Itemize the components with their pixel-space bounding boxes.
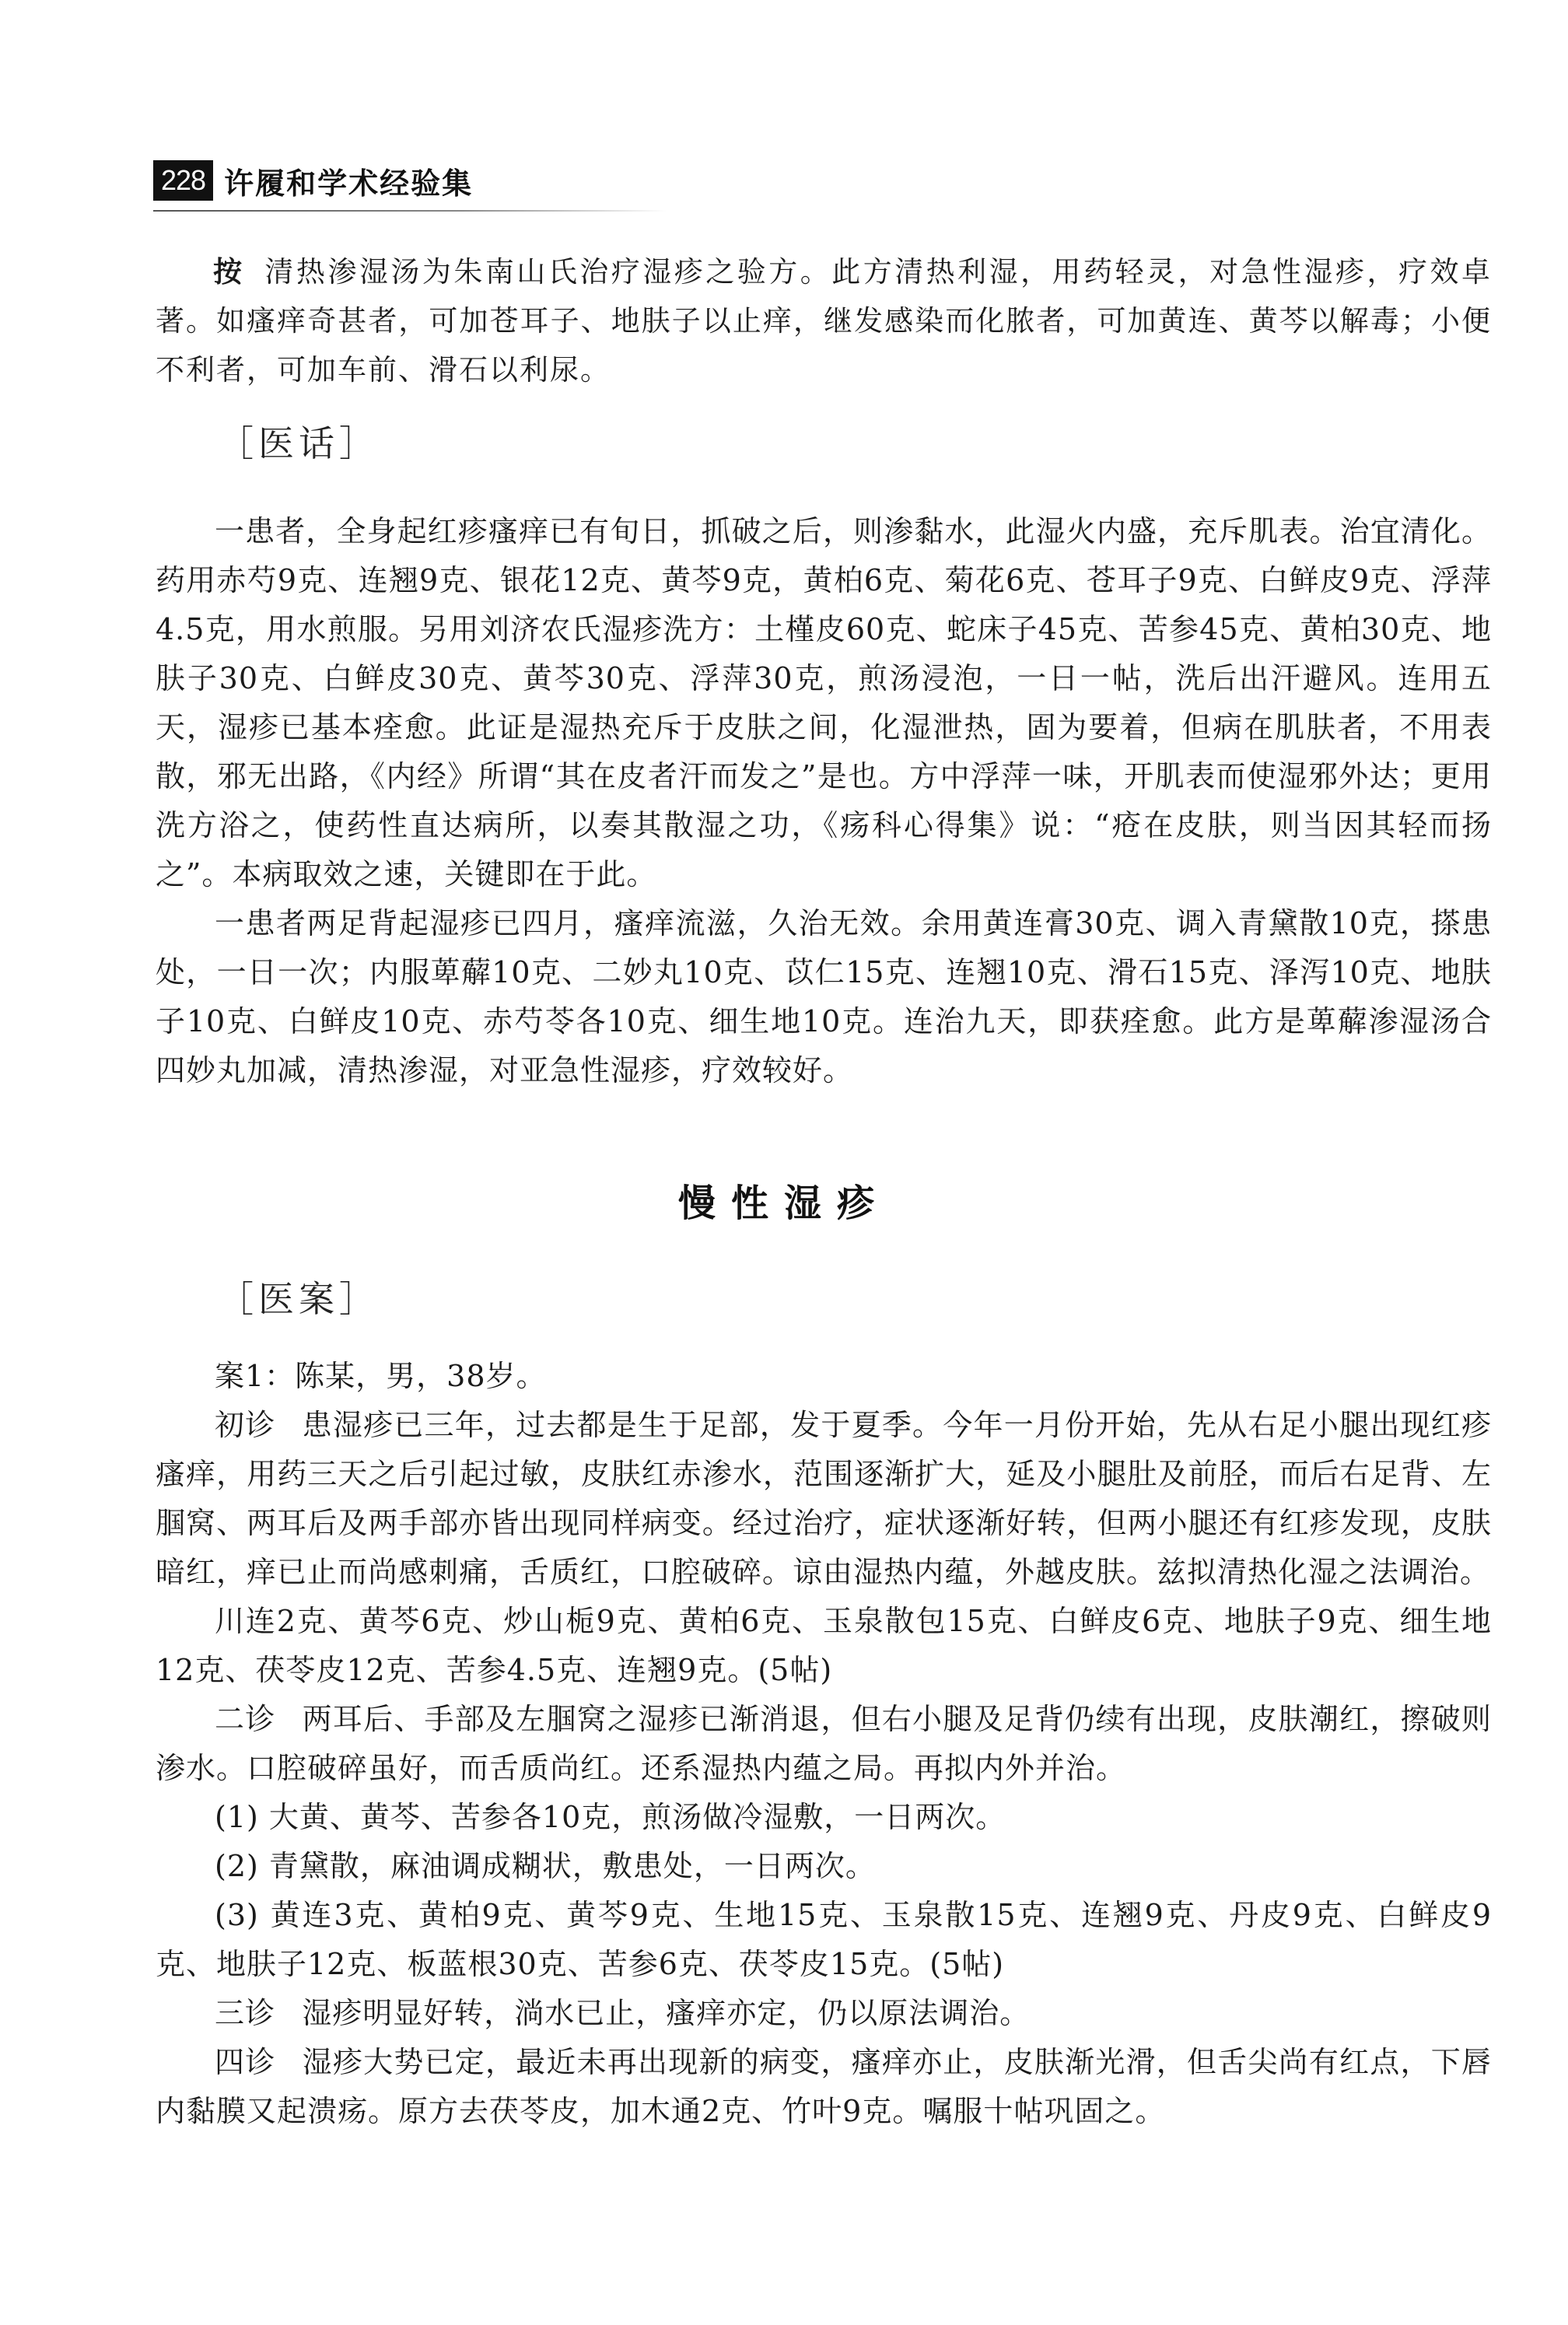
commentary-paragraph: 按清热渗湿汤为朱南山氏治疗湿疹之验方。此方清热利湿，用药轻灵，对急性湿疹，疗效卓…: [156, 247, 1492, 394]
commentary-block: 按清热渗湿汤为朱南山氏治疗湿疹之验方。此方清热利湿，用药轻灵，对急性湿疹，疗效卓…: [156, 247, 1492, 394]
treatment-item-2: (2) 青黛散，麻油调成糊状，敷患处，一日两次。: [156, 1842, 1492, 1891]
header-rule: [153, 210, 667, 212]
commentary-lead: 按: [213, 254, 245, 289]
visit-text: 两耳后、手部及左腘窝之湿疹已渐消退，但右小腿及足背仍续有出现，皮肤潮红，擦破则渗…: [156, 1702, 1492, 1785]
visit-first: 初诊患湿疹已三年，过去都是生于足部，发于夏季。今年一月份开始，先从右足小腿出现红…: [156, 1401, 1492, 1597]
commentary-text: 清热渗湿汤为朱南山氏治疗湿疹之验方。此方清热利湿，用药轻灵，对急性湿疹，疗效卓著…: [156, 255, 1492, 387]
visit-third: 三诊湿疹明显好转，淌水已止，瘙痒亦定，仍以原法调治。: [156, 1989, 1492, 2038]
visit-text: 湿疹大势已定，最近未再出现新的病变，瘙痒亦止，皮肤渐光滑，但舌尖尚有红点，下唇内…: [156, 2045, 1492, 2128]
visit-text: 湿疹明显好转，淌水已止，瘙痒亦定，仍以原法调治。: [302, 1996, 1030, 2030]
yian-section: ［医案］ 案1：陈某，男，38岁。 初诊患湿疹已三年，过去都是生于足部，发于夏季…: [156, 1276, 1492, 2136]
visit-fourth: 四诊湿疹大势已定，最近未再出现新的病变，瘙痒亦止，皮肤渐光滑，但舌尖尚有红点，下…: [156, 2038, 1492, 2136]
yian-heading: ［医案］: [218, 1276, 1492, 1322]
visit-lead: 三诊: [215, 1996, 275, 2030]
page-number: 228: [153, 160, 213, 201]
prescription-1: 川连2克、黄芩6克、炒山栀9克、黄柏6克、玉泉散包15克、白鲜皮6克、地肤子9克…: [156, 1597, 1492, 1695]
yihua-paragraph-1: 一患者，全身起红疹瘙痒已有旬日，抓破之后，则渗黏水，此湿火内盛，充斥肌表。治宜清…: [156, 507, 1492, 899]
yihua-section: ［医话］ 一患者，全身起红疹瘙痒已有旬日，抓破之后，则渗黏水，此湿火内盛，充斥肌…: [156, 420, 1492, 1095]
visit-second: 二诊两耳后、手部及左腘窝之湿疹已渐消退，但右小腿及足背仍续有出现，皮肤潮红，擦破…: [156, 1695, 1492, 1793]
running-header: 228 许履和学术经验集: [153, 160, 473, 201]
visit-lead: 初诊: [215, 1408, 275, 1442]
visit-text: 患湿疹已三年，过去都是生于足部，发于夏季。今年一月份开始，先从右足小腿出现红疹瘙…: [156, 1408, 1492, 1589]
book-title: 许履和学术经验集: [224, 159, 473, 202]
section-title: 慢性湿疹: [0, 1173, 1568, 1227]
case-title: 案1：陈某，男，38岁。: [156, 1352, 1492, 1401]
treatment-item-1: (1) 大黄、黄芩、苦参各10克，煎汤做冷湿敷，一日两次。: [156, 1793, 1492, 1842]
treatment-item-3: (3) 黄连3克、黄柏9克、黄芩9克、生地15克、玉泉散15克、连翘9克、丹皮9…: [156, 1891, 1492, 1989]
visit-lead: 四诊: [215, 2045, 275, 2079]
visit-lead: 二诊: [215, 1702, 275, 1736]
yihua-heading: ［医话］: [218, 420, 1492, 467]
yihua-paragraph-2: 一患者两足背起湿疹已四月，瘙痒流滋，久治无效。余用黄连膏30克、调入青黛散10克…: [156, 899, 1492, 1095]
